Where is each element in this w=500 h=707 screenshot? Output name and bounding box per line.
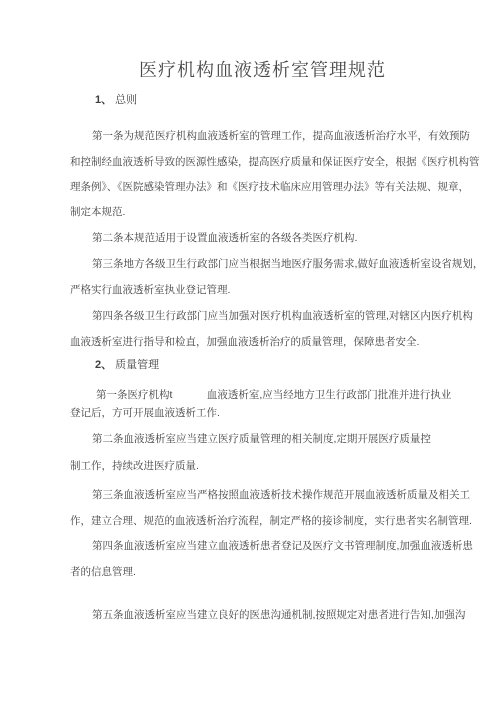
- paragraph-line: 第一条为规范医疗机构血液透析室的管理工作，提高血液透析治疗水平，有效预防: [92, 130, 470, 142]
- paragraph-line: 作，建立合理、规范的血液透析治疗流程，制定严格的接诊制度，实行患者实名制管理.: [70, 515, 472, 527]
- paragraph-line: 第四条血液透析室应当建立血液透析患者登记及医疗文书管理制度,加强血液透析患: [92, 540, 473, 552]
- section-heading-general-rules: 1、总则: [95, 95, 137, 106]
- paragraph-line: 第五条血液透析室应当建立良好的医患沟通机制,按照规定对患者进行告知,加强沟: [92, 609, 465, 621]
- section-label: 总则: [115, 94, 137, 106]
- section-label: 质量管理: [115, 359, 159, 371]
- paragraph-line: 者的信息管理.: [70, 566, 136, 578]
- paragraph-line: 第三条地方各级卫生行政部门应当根据当地医疗服务需求,做好血液透析室设省规划，: [92, 258, 483, 270]
- paragraph-line: 制定本规范.: [70, 206, 125, 218]
- section-number: 2、: [95, 359, 112, 371]
- paragraph-line: 第二条血液透析室应当建立医疗质量管理的相关制度,定期开展医疗质量控: [92, 433, 431, 445]
- paragraph-line: 血液透析室进行指导和检直，加强血液透析治疗的质量管理，保障患者安全.: [70, 336, 419, 348]
- paragraph-line: 制工作，持续改进医疗质量.: [70, 460, 199, 472]
- section-heading-quality-management: 2、质量管理: [95, 360, 159, 371]
- paragraph-line: 第二条本规范适用于设置血液透析室的各级各类医疗机构.: [92, 232, 357, 244]
- paragraph-line: 和控制经血液透析导致的医源性感染，提高医疗质量和保证医疗安全，根据《医疗机构管: [70, 156, 480, 168]
- paragraph-line: 登记后，方可开展血液透析工作.: [70, 407, 220, 419]
- document-page: 医疗机构血液透析室管理规范 1、总则 第一条为规范医疗机构血液透析室的管理工作，…: [0, 0, 500, 707]
- paragraph-line: 第三条血液透析室应当严格按照血液透析技术操作规范开展血液透析质量及相关工: [92, 489, 470, 501]
- document-title: 医疗机构血液透析室管理规范: [70, 56, 455, 82]
- paragraph-line: 第四条各级卫生行政部门应当加强对医疗机构血液透析室的管理,对辖区内医疗机构: [92, 310, 473, 322]
- paragraph-line: 理条例》、《医院感染管理办法》和《医疗技术临床应用管理办法》等有关法规、规章，: [70, 181, 469, 193]
- paragraph-line: 严格实行血液透析室执业登记管理.: [70, 284, 230, 296]
- paragraph-line: 第一条医疗机构t 血液透析室,应当经地方卫生行政部门批准并进行执业: [96, 389, 451, 401]
- section-number: 1、: [95, 94, 112, 106]
